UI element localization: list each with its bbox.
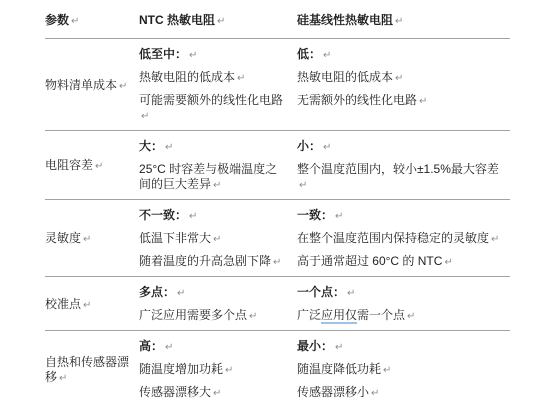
paragraph-return-mark: ↵ — [491, 234, 499, 245]
text-segment: 需一个点 — [357, 308, 405, 322]
cell-paragraph: 随温度增加功耗 — [139, 362, 223, 376]
cell-paragraph: 在整个温度范围内保持稳定的灵敏度 — [297, 231, 489, 245]
calibration-silicon-cell: 一个点：↵ 广泛应用仅需一个点↵ — [297, 277, 510, 331]
paragraph-return-mark: ↵ — [213, 234, 221, 245]
cell-paragraph: 低温下非常大 — [139, 231, 211, 245]
header-cell-silicon: 硅基线性热敏电阻↵ — [297, 7, 510, 39]
paragraph-return-mark: ↵ — [165, 142, 173, 153]
row-label-cell: 自热和传感器漂移↵ — [45, 331, 139, 377]
paragraph-return-mark: ↵ — [419, 96, 427, 107]
calibration-ntc-cell: 多点：↵ 广泛应用需要多个点↵ — [139, 277, 297, 331]
cell-paragraph: 广泛应用仅需一个点↵ — [297, 308, 500, 324]
header-row: 参数↵ NTC 热敏电阻↵ 硅基线性热敏电阻↵ — [45, 7, 510, 39]
row-label-cell: 电阻容差↵ — [45, 131, 139, 200]
cell-paragraph: 广泛应用需要多个点 — [139, 308, 247, 322]
table-row-sensitivity: 灵敏度↵ 不一致：↵ 低温下非常大↵ 随着温度的升高急剧下降↵ 一致：↵ 在整个… — [45, 200, 510, 277]
paragraph-return-mark: ↵ — [323, 50, 331, 61]
paragraph-return-mark: ↵ — [177, 288, 185, 299]
cell-paragraph: 25°C 时容差与极端温度之间的巨大差异 — [139, 162, 277, 191]
paragraph-return-mark: ↵ — [395, 73, 403, 84]
paragraph-return-mark: ↵ — [273, 257, 281, 268]
self-heating-silicon-cell: 最小：↵ 随温度降低功耗↵ 传感器漂移小↵ — [297, 331, 510, 377]
paragraph-return-mark: ↵ — [83, 234, 91, 245]
tolerance-ntc-cell: 大：↵ 25°C 时容差与极端温度之间的巨大差异↵ — [139, 131, 297, 200]
cell-paragraph: 可能需要额外的线性化电路 — [139, 93, 283, 107]
cell-lead: 大： — [139, 139, 163, 153]
table-row-calibration-points: 校准点↵ 多点：↵ 广泛应用需要多个点↵ 一个点：↵ 广泛应用仅需一个点↵ — [45, 277, 510, 331]
row-label-cell: 灵敏度↵ — [45, 200, 139, 277]
bom-cost-silicon-cell: 低：↵ 热敏电阻的低成本↵ 无需额外的线性化电路↵ — [297, 39, 510, 131]
self-heating-ntc-cell: 高：↵ 随温度增加功耗↵ 传感器漂移大↵ — [139, 331, 297, 377]
row-label: 灵敏度 — [45, 231, 81, 245]
row-label: 电阻容差 — [45, 158, 93, 172]
table-row-bom-cost: 物料清单成本↵ 低至中：↵ 热敏电阻的低成本↵ 可能需要额外的线性化电路↵ 低：… — [45, 39, 510, 131]
cell-lead: 高： — [139, 339, 163, 353]
paragraph-return-mark: ↵ — [225, 365, 233, 376]
grammar-underlined-text: 应用仅 — [321, 308, 357, 324]
paragraph-return-mark: ↵ — [59, 373, 67, 377]
bom-cost-ntc-cell: 低至中：↵ 热敏电阻的低成本↵ 可能需要额外的线性化电路↵ — [139, 39, 297, 131]
paragraph-return-mark: ↵ — [444, 257, 452, 268]
cell-paragraph: 高于通常超过 60°C 的 NTC — [297, 254, 442, 268]
paragraph-return-mark: ↵ — [189, 50, 197, 61]
cell-lead: 一个点： — [297, 285, 345, 299]
paragraph-return-mark: ↵ — [83, 300, 91, 311]
paragraph-return-mark: ↵ — [395, 16, 403, 27]
cell-lead: 多点： — [139, 285, 175, 299]
header-label: 硅基线性热敏电阻 — [297, 13, 393, 27]
paragraph-return-mark: ↵ — [323, 142, 331, 153]
cell-paragraph: 随温度降低功耗 — [297, 362, 381, 376]
row-label-cell: 校准点↵ — [45, 277, 139, 331]
paragraph-return-mark: ↵ — [213, 180, 221, 191]
cell-paragraph: 整个温度范围内，较小±1.5%最大容差 — [297, 162, 499, 176]
header-label: 参数 — [45, 13, 69, 27]
cell-paragraph: 无需额外的线性化电路 — [297, 93, 417, 107]
row-label: 校准点 — [45, 297, 81, 311]
paragraph-return-mark: ↵ — [299, 180, 307, 191]
paragraph-return-mark: ↵ — [165, 342, 173, 353]
cell-lead: 一致： — [297, 208, 333, 222]
sensitivity-silicon-cell: 一致：↵ 在整个温度范围内保持稳定的灵敏度↵ 高于通常超过 60°C 的 NTC… — [297, 200, 510, 277]
text-segment: 广泛 — [297, 308, 321, 322]
header-cell-parameter: 参数↵ — [45, 7, 139, 39]
row-label-cell: 物料清单成本↵ — [45, 39, 139, 131]
paragraph-return-mark: ↵ — [249, 311, 257, 322]
paragraph-return-mark: ↵ — [189, 211, 197, 222]
sensitivity-ntc-cell: 不一致：↵ 低温下非常大↵ 随着温度的升高急剧下降↵ — [139, 200, 297, 277]
cell-paragraph: 随着温度的升高急剧下降 — [139, 254, 271, 268]
table-row-self-heating-drift: 自热和传感器漂移↵ 高：↵ 随温度增加功耗↵ 传感器漂移大↵ 最小：↵ 随温度降… — [45, 331, 510, 377]
paragraph-return-mark: ↵ — [347, 288, 355, 299]
cell-lead: 低至中： — [139, 47, 187, 61]
comparison-table: 参数↵ NTC 热敏电阻↵ 硅基线性热敏电阻↵ 物料清单成本↵ 低至中：↵ 热敏… — [45, 7, 510, 376]
paragraph-return-mark: ↵ — [335, 342, 343, 353]
cell-lead: 最小： — [297, 339, 333, 353]
cell-lead: 低： — [297, 47, 321, 61]
paragraph-return-mark: ↵ — [71, 16, 79, 27]
cell-lead: 不一致： — [139, 208, 187, 222]
paragraph-return-mark: ↵ — [217, 16, 225, 27]
paragraph-return-mark: ↵ — [119, 81, 127, 92]
row-label: 物料清单成本 — [45, 78, 117, 92]
cell-paragraph: 热敏电阻的低成本 — [297, 70, 393, 84]
header-label: NTC 热敏电阻 — [139, 13, 215, 27]
row-label: 自热和传感器漂移 — [45, 355, 129, 377]
paragraph-return-mark: ↵ — [237, 73, 245, 84]
paragraph-return-mark: ↵ — [335, 211, 343, 222]
paragraph-return-mark: ↵ — [407, 311, 415, 322]
table-row-resistance-tolerance: 电阻容差↵ 大：↵ 25°C 时容差与极端温度之间的巨大差异↵ 小：↵ 整个温度… — [45, 131, 510, 200]
paragraph-return-mark: ↵ — [95, 161, 103, 172]
paragraph-return-mark: ↵ — [141, 111, 149, 122]
tolerance-silicon-cell: 小：↵ 整个温度范围内，较小±1.5%最大容差↵ — [297, 131, 510, 200]
cell-lead: 小： — [297, 139, 321, 153]
header-cell-ntc: NTC 热敏电阻↵ — [139, 7, 297, 39]
cell-paragraph: 热敏电阻的低成本 — [139, 70, 235, 84]
paragraph-return-mark: ↵ — [383, 365, 391, 376]
